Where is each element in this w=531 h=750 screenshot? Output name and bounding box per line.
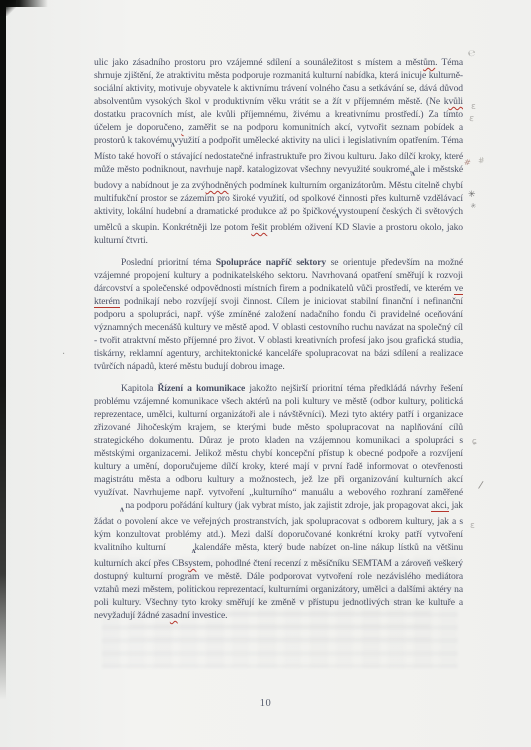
margin-annotation-mark: ɛ <box>471 103 476 112</box>
red-proofread-mark: hodně <box>206 180 229 191</box>
text-run: Kapitola <box>121 383 157 394</box>
text-run: Poslední prioritní téma <box>121 257 216 268</box>
page-number: 10 <box>0 698 531 709</box>
text-run: dní investice. <box>178 610 228 621</box>
scan-edge-left <box>0 0 6 700</box>
text-run: ulic jako zásadního prostoru pro vzájemn… <box>94 57 423 68</box>
bold-phrase: Řízení a komunikace <box>157 383 245 394</box>
margin-annotation-mark: ✳ <box>469 201 477 211</box>
red-proofread-mark: vůli <box>448 96 463 107</box>
margin-annotation-mark: ɕ <box>472 438 478 447</box>
red-proofread-mark: akci, <box>431 500 449 512</box>
text-run: na podporu pořádání kultury (jak vybrat … <box>123 500 431 511</box>
scan-corner <box>0 0 16 16</box>
margin-annotation-mark: # <box>477 156 485 166</box>
red-insertion-mark: ʌ <box>411 165 415 179</box>
margin-annotation-mark: # <box>463 157 471 167</box>
red-insertion-mark: ʌ <box>93 501 124 515</box>
red-insertion-mark: ʌ <box>171 136 175 150</box>
margin-annotation-mark: ✳ <box>468 191 476 200</box>
paragraph: Kapitola Řízení a komunikace jakožto nej… <box>94 382 463 622</box>
text-run: jakožto nejširší prioritní téma předklád… <box>94 383 463 498</box>
margin-annotation-mark: ∕ <box>478 481 484 491</box>
margin-annotation-mark: ɛ <box>470 522 475 531</box>
paragraph: ulic jako zásadního prostoru pro vzájemn… <box>94 56 463 247</box>
margin-annotation-mark: · <box>62 350 65 359</box>
margin-annotation-mark: ℮ <box>467 49 476 59</box>
red-insertion-mark: ʌ <box>335 207 339 221</box>
bold-phrase: Spolupráce napříč sektory <box>216 257 326 268</box>
red-proofread-mark: řešit <box>251 222 267 233</box>
text-run: podnikají nebo rozvíjejí svoji činnost. … <box>94 296 463 372</box>
red-insertion-mark: ʌ <box>165 543 196 557</box>
paragraph: Poslední prioritní téma Spolupráce napří… <box>94 256 463 373</box>
red-proofread-mark: sa <box>170 610 178 621</box>
margin-annotation-mark: ɛ <box>468 115 474 125</box>
red-proofread-mark: ům <box>423 57 435 68</box>
document-text: ulic jako zásadního prostoru pro vzájemn… <box>94 56 463 631</box>
scanned-page: ulic jako zásadního prostoru pro vzájemn… <box>0 0 531 750</box>
